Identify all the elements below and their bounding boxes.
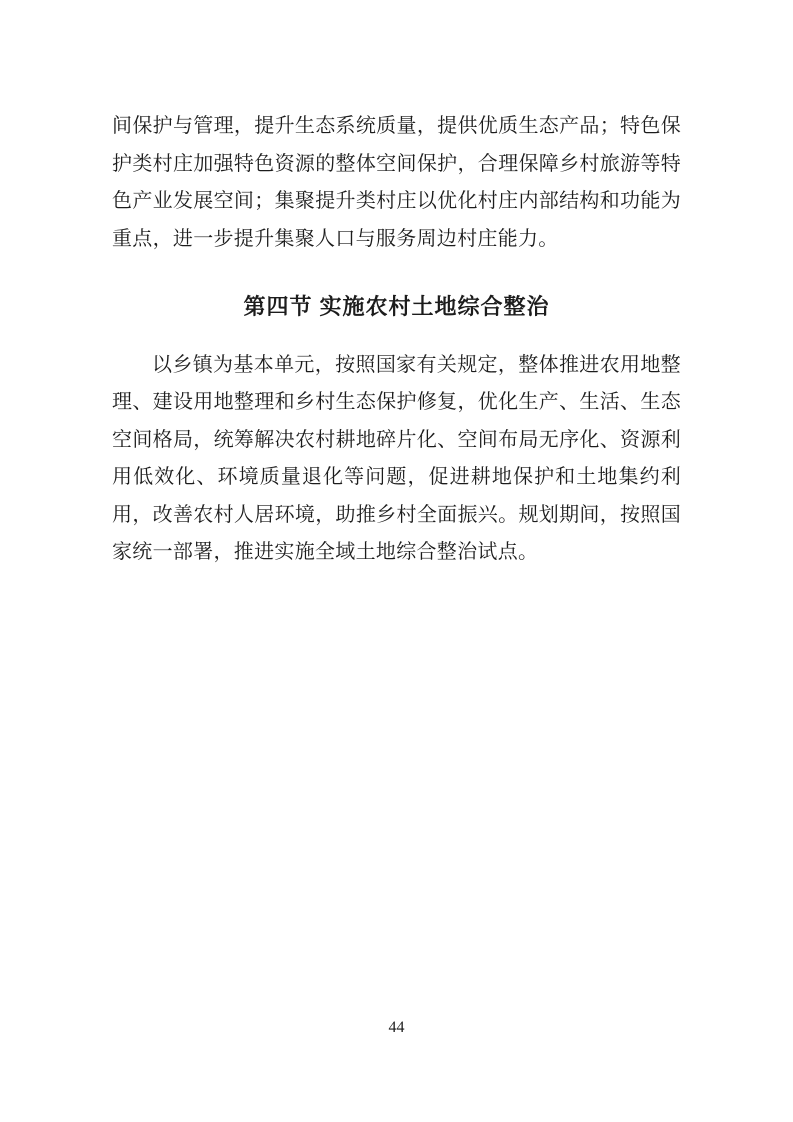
section-heading: 第四节 实施农村土地综合整治 bbox=[112, 288, 681, 326]
paragraph-body: 以乡镇为基本单元，按照国家有关规定，整体推进农用地整理、建设用地整理和乡村生态保… bbox=[112, 347, 681, 572]
paragraph-continuation: 间保护与管理，提升生态系统质量，提供优质生态产品；特色保护类村庄加强特色资源的整… bbox=[112, 108, 681, 258]
page-content: 间保护与管理，提升生态系统质量，提供优质生态产品；特色保护类村庄加强特色资源的整… bbox=[0, 0, 793, 572]
page-number: 44 bbox=[0, 1018, 793, 1037]
document-page: 间保护与管理，提升生态系统质量，提供优质生态产品；特色保护类村庄加强特色资源的整… bbox=[0, 0, 793, 1122]
